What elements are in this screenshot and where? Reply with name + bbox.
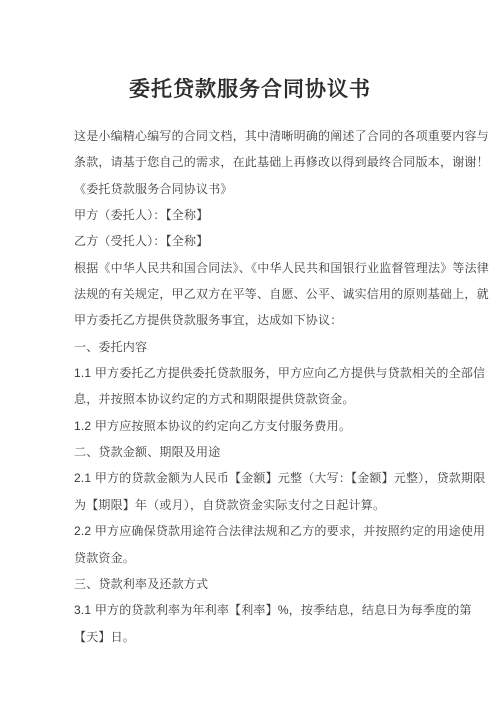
party-b-line: 乙方（受托人）：【全称】 <box>74 228 480 254</box>
section-3-heading: 三、贷款利率及还款方式 <box>74 571 480 597</box>
clause-2-2-line: 2.2 甲方应确保贷款用途符合法律法规和乙方的要求，并按照约定的用途使用 <box>74 518 480 544</box>
party-a-line: 甲方（委托人）：【全称】 <box>74 202 480 228</box>
clause-2-1-line: 为【期限】年（或月），自贷款资金实际支付之日起计算。 <box>74 492 480 518</box>
clause-1-1-line: 1.1 甲方委托乙方提供委托贷款服务，甲方应向乙方提供与贷款相关的全部信 <box>74 360 480 386</box>
intro-note-line: 条款，请基于您自己的需求，在此基础上再修改以得到最终合同版本，谢谢！ <box>74 149 480 175</box>
section-2-heading: 二、贷款金额、期限及用途 <box>74 439 480 465</box>
clause-2-1-line: 2.1 甲方的贷款金额为人民币【金额】元整（大写：【金额】元整），贷款期限 <box>74 465 480 491</box>
document-body: 这是小编精心编写的合同文档，其中清晰明确的阐述了合同的各项重要内容与 条款，请基… <box>74 123 480 650</box>
section-1-heading: 一、委托内容 <box>74 334 480 360</box>
preamble-line: 甲方委托乙方提供贷款服务事宜，达成如下协议： <box>74 307 480 333</box>
document-page: 委托贷款服务合同协议书 这是小编精心编写的合同文档，其中清晰明确的阐述了合同的各… <box>0 0 500 707</box>
clause-3-1-line: 【天】日。 <box>74 624 480 650</box>
document-title: 委托贷款服务合同协议书 <box>0 76 500 104</box>
clause-3-1-line: 3.1 甲方的贷款利率为年利率【利率】%，按季结息，结息日为每季度的第 <box>74 597 480 623</box>
intro-note-line: 这是小编精心编写的合同文档，其中清晰明确的阐述了合同的各项重要内容与 <box>74 123 480 149</box>
contract-name-line: 《委托贷款服务合同协议书》 <box>74 176 480 202</box>
preamble-line: 法规的有关规定，甲乙双方在平等、自愿、公平、诚实信用的原则基础上，就 <box>74 281 480 307</box>
clause-1-1-line: 息，并按照本协议约定的方式和期限提供贷款资金。 <box>74 386 480 412</box>
clause-2-2-line: 贷款资金。 <box>74 545 480 571</box>
preamble-line: 根据《中华人民共和国合同法》、《中华人民共和国银行业监督管理法》等法律 <box>74 255 480 281</box>
clause-1-2-line: 1.2 甲方应按照本协议的约定向乙方支付服务费用。 <box>74 413 480 439</box>
